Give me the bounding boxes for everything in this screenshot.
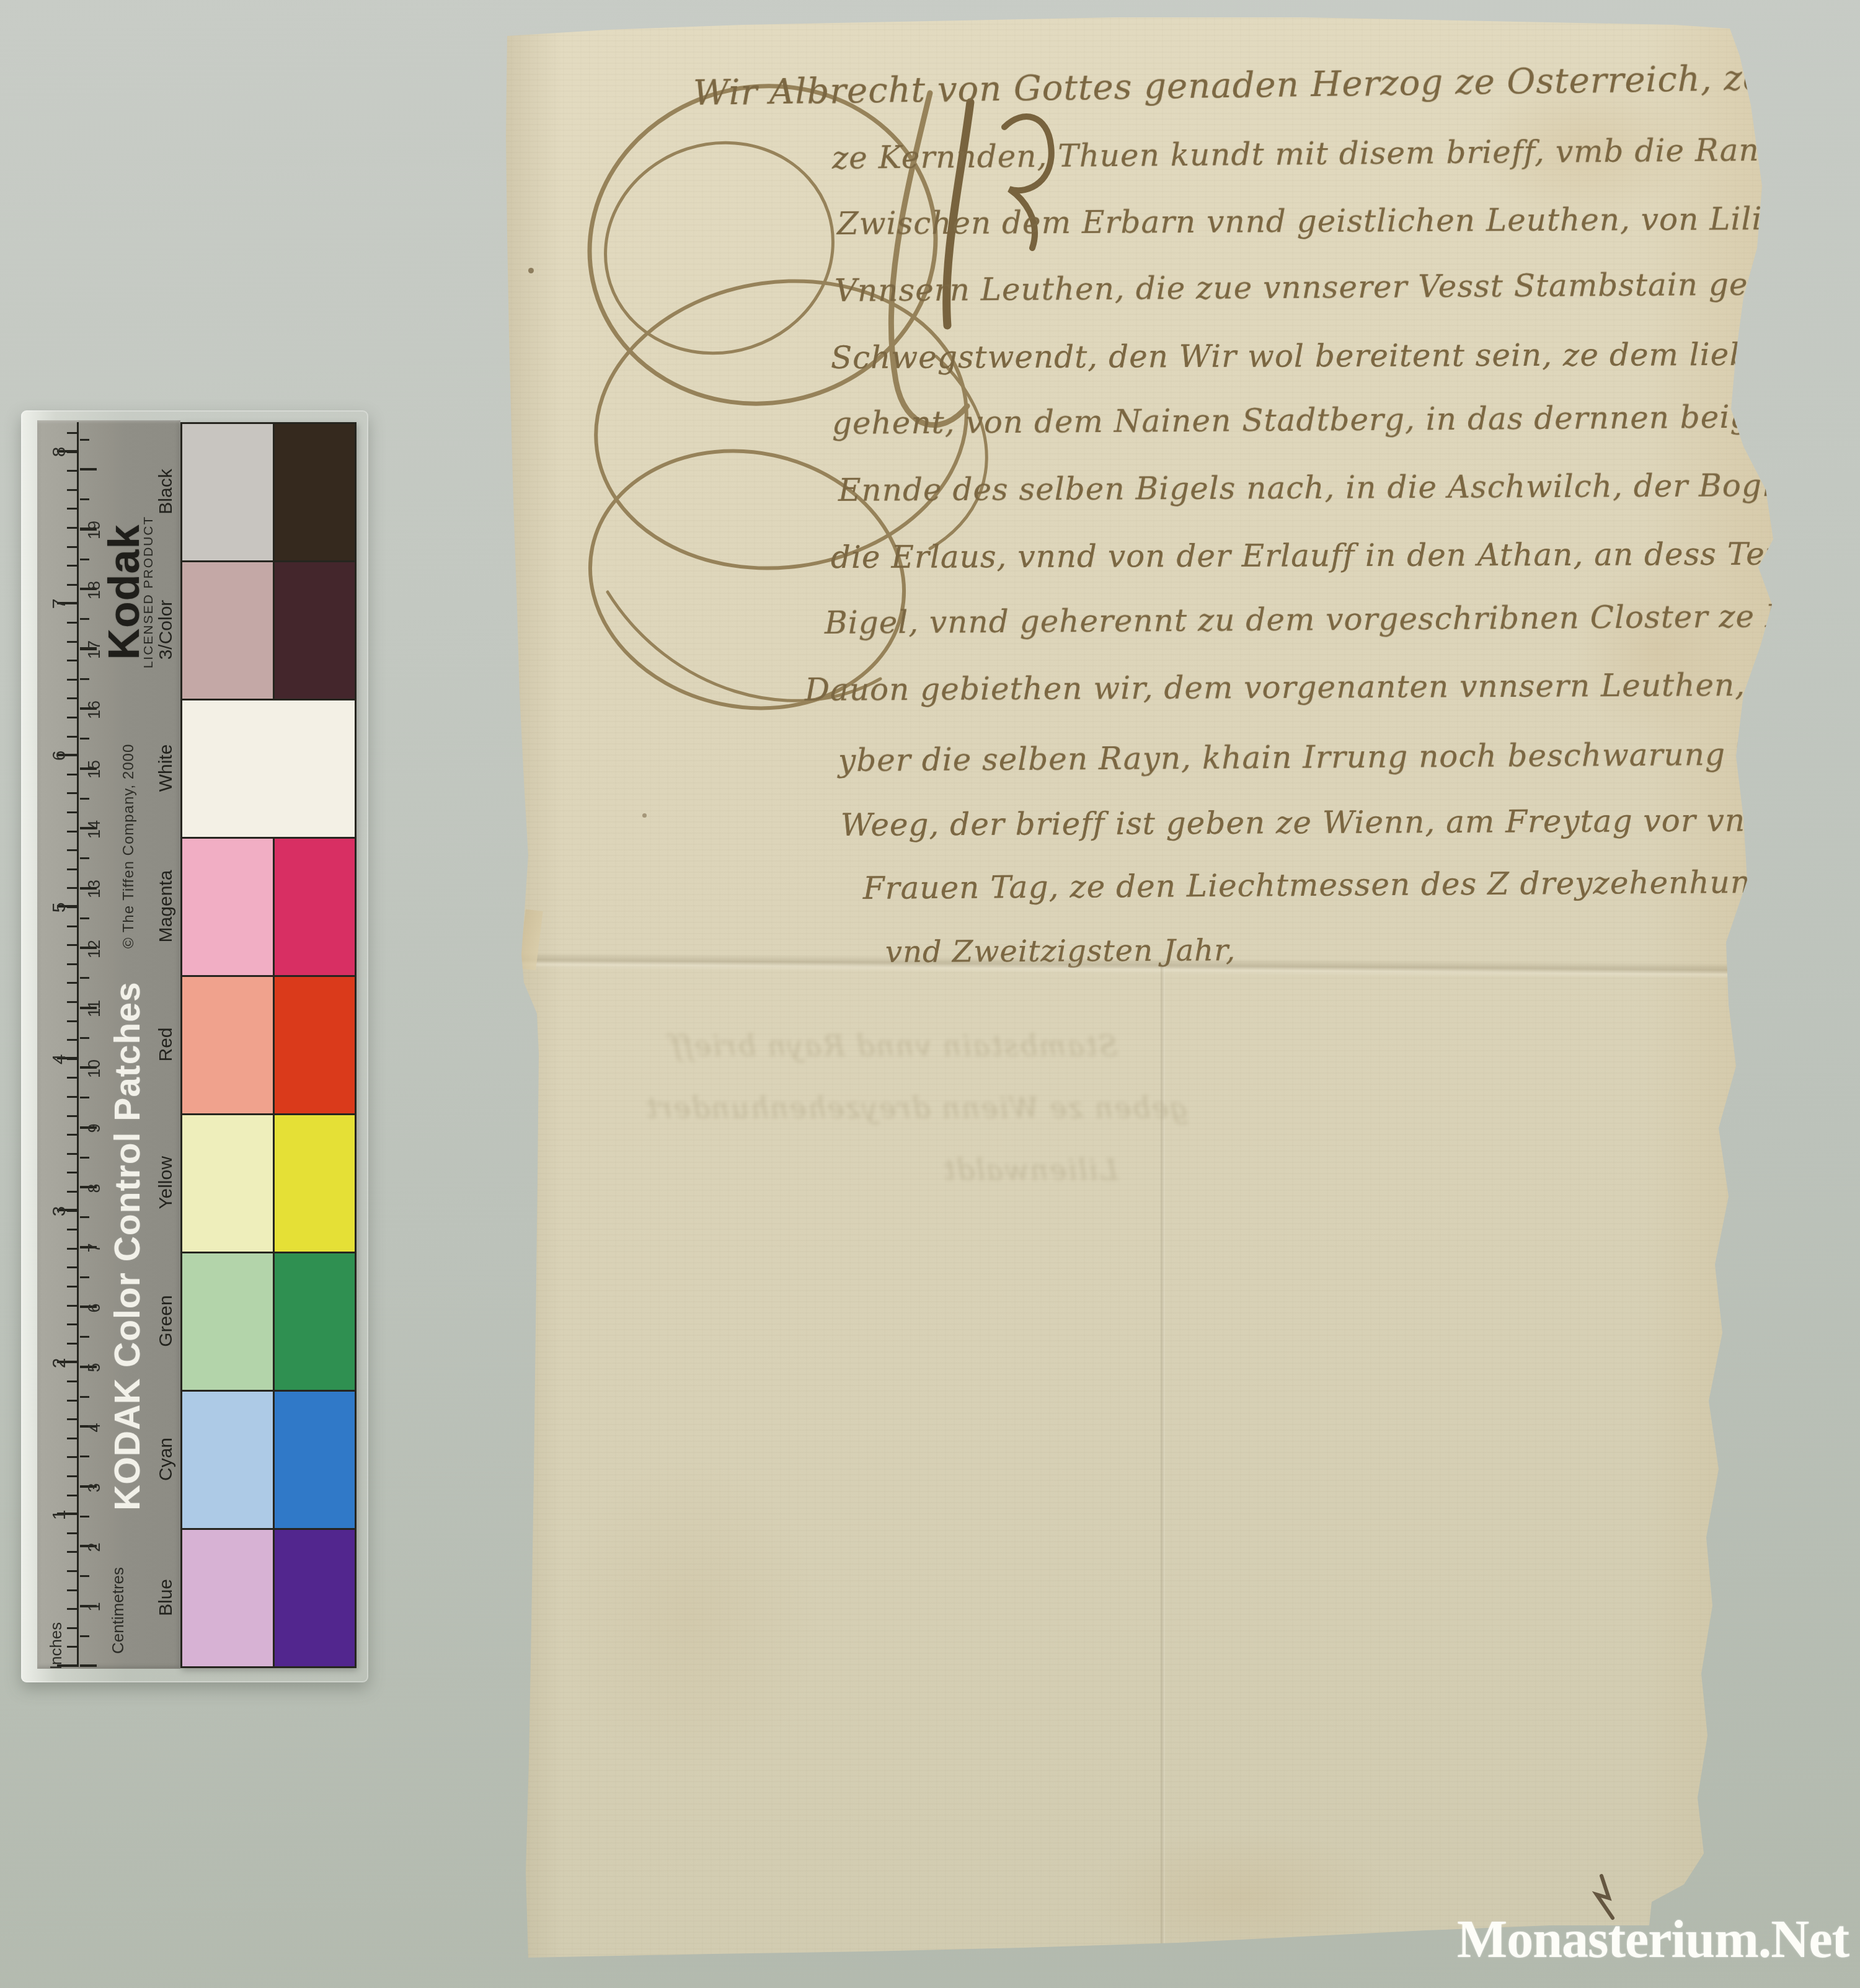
- cm-number: 11: [85, 1000, 104, 1017]
- kodak-color-control-patches-title: KODAK Color Control Patches: [107, 981, 148, 1511]
- cm-number: 12: [85, 940, 104, 958]
- manuscript-line: Weeg, der brieff ist geben ze Wienn, am …: [841, 802, 1817, 843]
- monasterium-watermark: Monasterium.Net: [1457, 1908, 1849, 1970]
- patch-black-light: [182, 424, 273, 560]
- cm-number: 8: [85, 1183, 104, 1193]
- inch-number: 8: [49, 447, 70, 457]
- ink-dot: [528, 268, 534, 273]
- stain: [1575, 558, 1736, 744]
- cm-number: 5: [85, 1363, 104, 1372]
- patch-red-light: [182, 977, 273, 1113]
- inch-number: 1: [49, 1510, 70, 1521]
- patch-3color-light: [182, 562, 273, 699]
- manuscript-line: Vnnsern Leuthen, die zue vnnserer Vesst …: [835, 265, 1860, 309]
- inch-number: 6: [49, 751, 70, 761]
- inch-number: 3: [49, 1206, 70, 1217]
- cm-number: 16: [85, 700, 104, 719]
- patch-blue-light: [182, 1530, 273, 1666]
- patch-3color-dark: [275, 562, 355, 699]
- patch-cyan-dark: [275, 1392, 355, 1528]
- ruler-baseline: [77, 422, 79, 1667]
- manuscript-line: Bigel, vnnd geherennt zu dem vorgeschrib…: [825, 597, 1860, 641]
- cm-number: 9: [85, 1123, 104, 1133]
- ink-dot: [642, 813, 647, 818]
- inch-number: 7: [49, 599, 70, 609]
- patch-label-green: Green: [156, 1295, 177, 1346]
- patch-label-magenta: Magenta: [156, 870, 177, 943]
- patch-green-light: [182, 1253, 273, 1390]
- patch-cyan-light: [182, 1392, 273, 1528]
- patch-label-yellow: Yellow: [156, 1156, 177, 1209]
- centimetres-caption: Centimetres: [108, 1567, 128, 1654]
- manuscript-line: Ennde des selben Bigels nach, in die Asc…: [838, 466, 1860, 508]
- verso-showthrough-line: Stambstain vnnd Rayn brieff: [670, 1029, 1118, 1062]
- manuscript-line: Frauen Tag, ze den Liechtmessen des Z dr…: [863, 864, 1819, 906]
- patch-yellow-light: [182, 1115, 273, 1252]
- cm-number: 6: [85, 1303, 104, 1312]
- patch-label-3color: 3/Color: [156, 600, 177, 660]
- cm-number: 7: [85, 1243, 104, 1252]
- patch-label-black: Black: [156, 469, 177, 514]
- patch-red-dark: [275, 977, 355, 1113]
- inch-number: 5: [49, 903, 70, 913]
- licensed-product-text: LICENSED PRODUCT: [141, 516, 156, 669]
- cm-number: 4: [85, 1423, 104, 1432]
- patch-magenta-dark: [275, 839, 355, 975]
- manuscript-line: Dauon gebiethen wir, dem vorgenanten vnn…: [805, 666, 1860, 708]
- manuscript-line: die Erlaus, vnnd von der Erlauff in den …: [831, 536, 1856, 575]
- patch-white: [182, 700, 355, 837]
- patch-black-dark: [275, 424, 355, 560]
- patch-label-blue: Blue: [156, 1579, 177, 1616]
- cm-number: 15: [85, 760, 104, 779]
- inch-number: 2: [49, 1358, 70, 1369]
- cm-number: 14: [85, 820, 104, 839]
- inch-number: 4: [49, 1054, 70, 1065]
- color-patch-grid: [180, 422, 356, 1668]
- cm-number: 10: [85, 1059, 104, 1078]
- patch-label-red: Red: [156, 1027, 177, 1061]
- cm-major-ticks: [80, 422, 97, 1667]
- inches-caption: Inches: [46, 1622, 66, 1670]
- manuscript-line: Schwegstwendt, den Wir wol bereitent sei…: [831, 336, 1860, 376]
- cm-number: 3: [85, 1483, 104, 1492]
- cm-number: 2: [85, 1542, 104, 1552]
- stain: [558, 1457, 818, 1779]
- cm-number: 1: [85, 1602, 104, 1611]
- patch-label-white: White: [156, 744, 177, 792]
- verso-showthrough-line: geben ze Wienn dreyzehenhundert: [645, 1091, 1189, 1124]
- patch-blue-dark: [275, 1530, 355, 1666]
- stain: [1085, 1829, 1395, 1965]
- archival-photo: { "watermark": { "text": "Monasterium.Ne…: [0, 0, 1860, 1988]
- cm-number: 13: [85, 880, 104, 898]
- manuscript-line: Zwischen dem Erbarn vnnd geistlichen Leu…: [837, 200, 1860, 242]
- patch-magenta-light: [182, 839, 273, 975]
- patch-label-cyan: Cyan: [156, 1438, 177, 1481]
- verso-showthrough-line: Lilienwaldt: [942, 1153, 1118, 1186]
- manuscript-line: gehent, von dem Nainen Stadtberg, in das…: [832, 397, 1860, 441]
- patch-green-dark: [275, 1253, 355, 1390]
- tiffen-copyright-text: © The Tiffen Company, 2000: [120, 744, 138, 949]
- patch-yellow-dark: [275, 1115, 355, 1252]
